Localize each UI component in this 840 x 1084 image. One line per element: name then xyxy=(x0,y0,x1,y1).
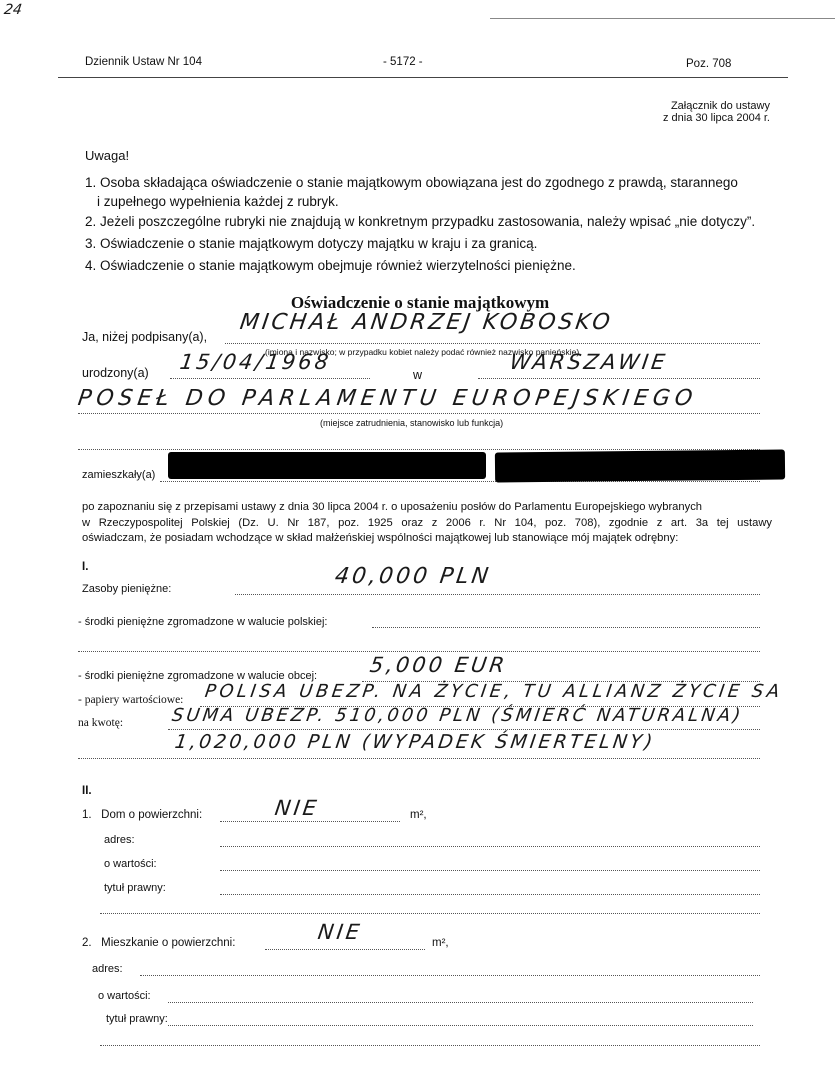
flat-area-line xyxy=(265,949,425,950)
intro-line-1: po zapoznaniu się z przepisami ustawy z … xyxy=(82,500,772,516)
flat-unit: m², xyxy=(432,937,449,949)
notice-item-1: 1. Osoba składająca oświadczenie o stani… xyxy=(85,175,738,190)
house-value-field[interactable] xyxy=(220,870,760,871)
house-label: 1. Dom o powierzchni: xyxy=(82,809,202,821)
flat-address-field[interactable] xyxy=(140,975,760,976)
pln-label: - środki pieniężne zgromadzone w walucie… xyxy=(78,616,327,628)
redaction-block-1 xyxy=(168,452,486,479)
notice-item-4: 4. Oświadczenie o stanie majątkowym obej… xyxy=(85,258,576,273)
notice-title: Uwaga! xyxy=(85,148,129,163)
securities-field[interactable]: POLISA UBEZP. NA ŻYCIE, TU ALLIANZ ŻYCIE… xyxy=(204,681,785,702)
cash-line xyxy=(235,594,760,595)
flat-title-field[interactable] xyxy=(168,1025,753,1026)
cash-field[interactable]: 40,000 PLN xyxy=(333,564,492,589)
born-label: urodzony(a) xyxy=(82,366,149,380)
corner-mark: 24 xyxy=(3,2,23,18)
born-date-field[interactable]: 15/04/1968 xyxy=(178,350,332,374)
house-unit: m², xyxy=(410,809,427,821)
residence-line-2 xyxy=(160,481,760,482)
section-2-numeral: II. xyxy=(82,785,92,797)
born-in-label: w xyxy=(413,368,422,382)
foreign-field[interactable]: 5,000 EUR xyxy=(368,653,508,677)
flat-value-label: o wartości: xyxy=(98,990,151,1002)
house-title-field[interactable] xyxy=(220,894,760,895)
born-date-line xyxy=(170,378,370,379)
pln-line-2 xyxy=(78,651,760,652)
amount-line-1 xyxy=(168,729,760,730)
header-rule xyxy=(58,77,788,78)
employment-line xyxy=(78,413,760,414)
flat-extra-line xyxy=(100,1045,760,1046)
house-title-label: tytuł prawny: xyxy=(104,882,166,894)
notice-item-3: 3. Oświadczenie o stanie majątkowym doty… xyxy=(85,236,537,251)
intro-line-3: oświadczam, że posiadam wchodzące w skła… xyxy=(82,531,772,547)
scan-artifact-line xyxy=(490,18,835,19)
born-place-field[interactable]: WARSZAWIE xyxy=(508,350,669,374)
flat-address-label: adres: xyxy=(92,963,123,975)
page-number: - 5172 - xyxy=(383,56,423,68)
notice-item-2: 2. Jeżeli poszczególne rubryki nie znajd… xyxy=(85,214,755,229)
amount-line-2 xyxy=(78,758,760,759)
flat-label: 2. Mieszkanie o powierzchni: xyxy=(82,937,235,949)
intro-line-2: w Rzeczypospolitej Polskiej (Dz. U. Nr 1… xyxy=(82,516,772,532)
employment-field[interactable]: POSEŁ DO PARLAMENTU EUROPEJSKIEGO xyxy=(76,386,699,411)
flat-value-field[interactable] xyxy=(168,1002,753,1003)
residence-label: zamieszkały(a) xyxy=(82,469,155,481)
signer-line xyxy=(225,343,760,344)
flat-area-field[interactable]: NIE xyxy=(316,920,364,944)
house-area-line xyxy=(220,821,400,822)
amount-label: na kwotę: xyxy=(78,717,123,729)
notice-item-1-cont: i zupełnego wypełnienia każdej z rubryk. xyxy=(97,194,339,209)
signer-name-field[interactable]: MICHAŁ ANDRZEJ KOBOSKO xyxy=(238,310,614,335)
cash-label: Zasoby pieniężne: xyxy=(82,583,171,595)
house-value-label: o wartości: xyxy=(104,858,157,870)
attachment-line-2: z dnia 30 lipca 2004 r. xyxy=(663,112,770,124)
intro-paragraph: po zapoznaniu się z przepisami ustawy z … xyxy=(82,500,772,547)
section-1-numeral: I. xyxy=(82,561,88,573)
signer-label: Ja, niżej podpisany(a), xyxy=(82,330,207,344)
amount-field-1[interactable]: SUMA UBEZP. 510,000 PLN (ŚMIERĆ NATURALN… xyxy=(171,705,745,726)
attachment-line-1: Załącznik do ustawy xyxy=(663,100,770,112)
amount-field-2[interactable]: 1,020,000 PLN (WYPADEK ŚMIERTELNY) xyxy=(173,731,656,753)
house-area-field[interactable]: NIE xyxy=(273,796,321,820)
attachment-note: Załącznik do ustawy z dnia 30 lipca 2004… xyxy=(663,100,770,124)
house-extra-line xyxy=(100,913,760,914)
house-address-label: adres: xyxy=(104,834,135,846)
redaction-block-2 xyxy=(495,449,785,482)
house-address-field[interactable] xyxy=(220,846,760,847)
pln-line xyxy=(372,627,760,628)
securities-label: - papiery wartościowe: xyxy=(78,694,183,706)
born-place-line xyxy=(478,378,760,379)
journal-title: Dziennik Ustaw Nr 104 xyxy=(85,56,202,68)
flat-title-label: tytuł prawny: xyxy=(106,1013,168,1025)
employment-hint: (miejsce zatrudnienia, stanowisko lub fu… xyxy=(320,418,503,428)
position-number: Poz. 708 xyxy=(686,58,731,70)
